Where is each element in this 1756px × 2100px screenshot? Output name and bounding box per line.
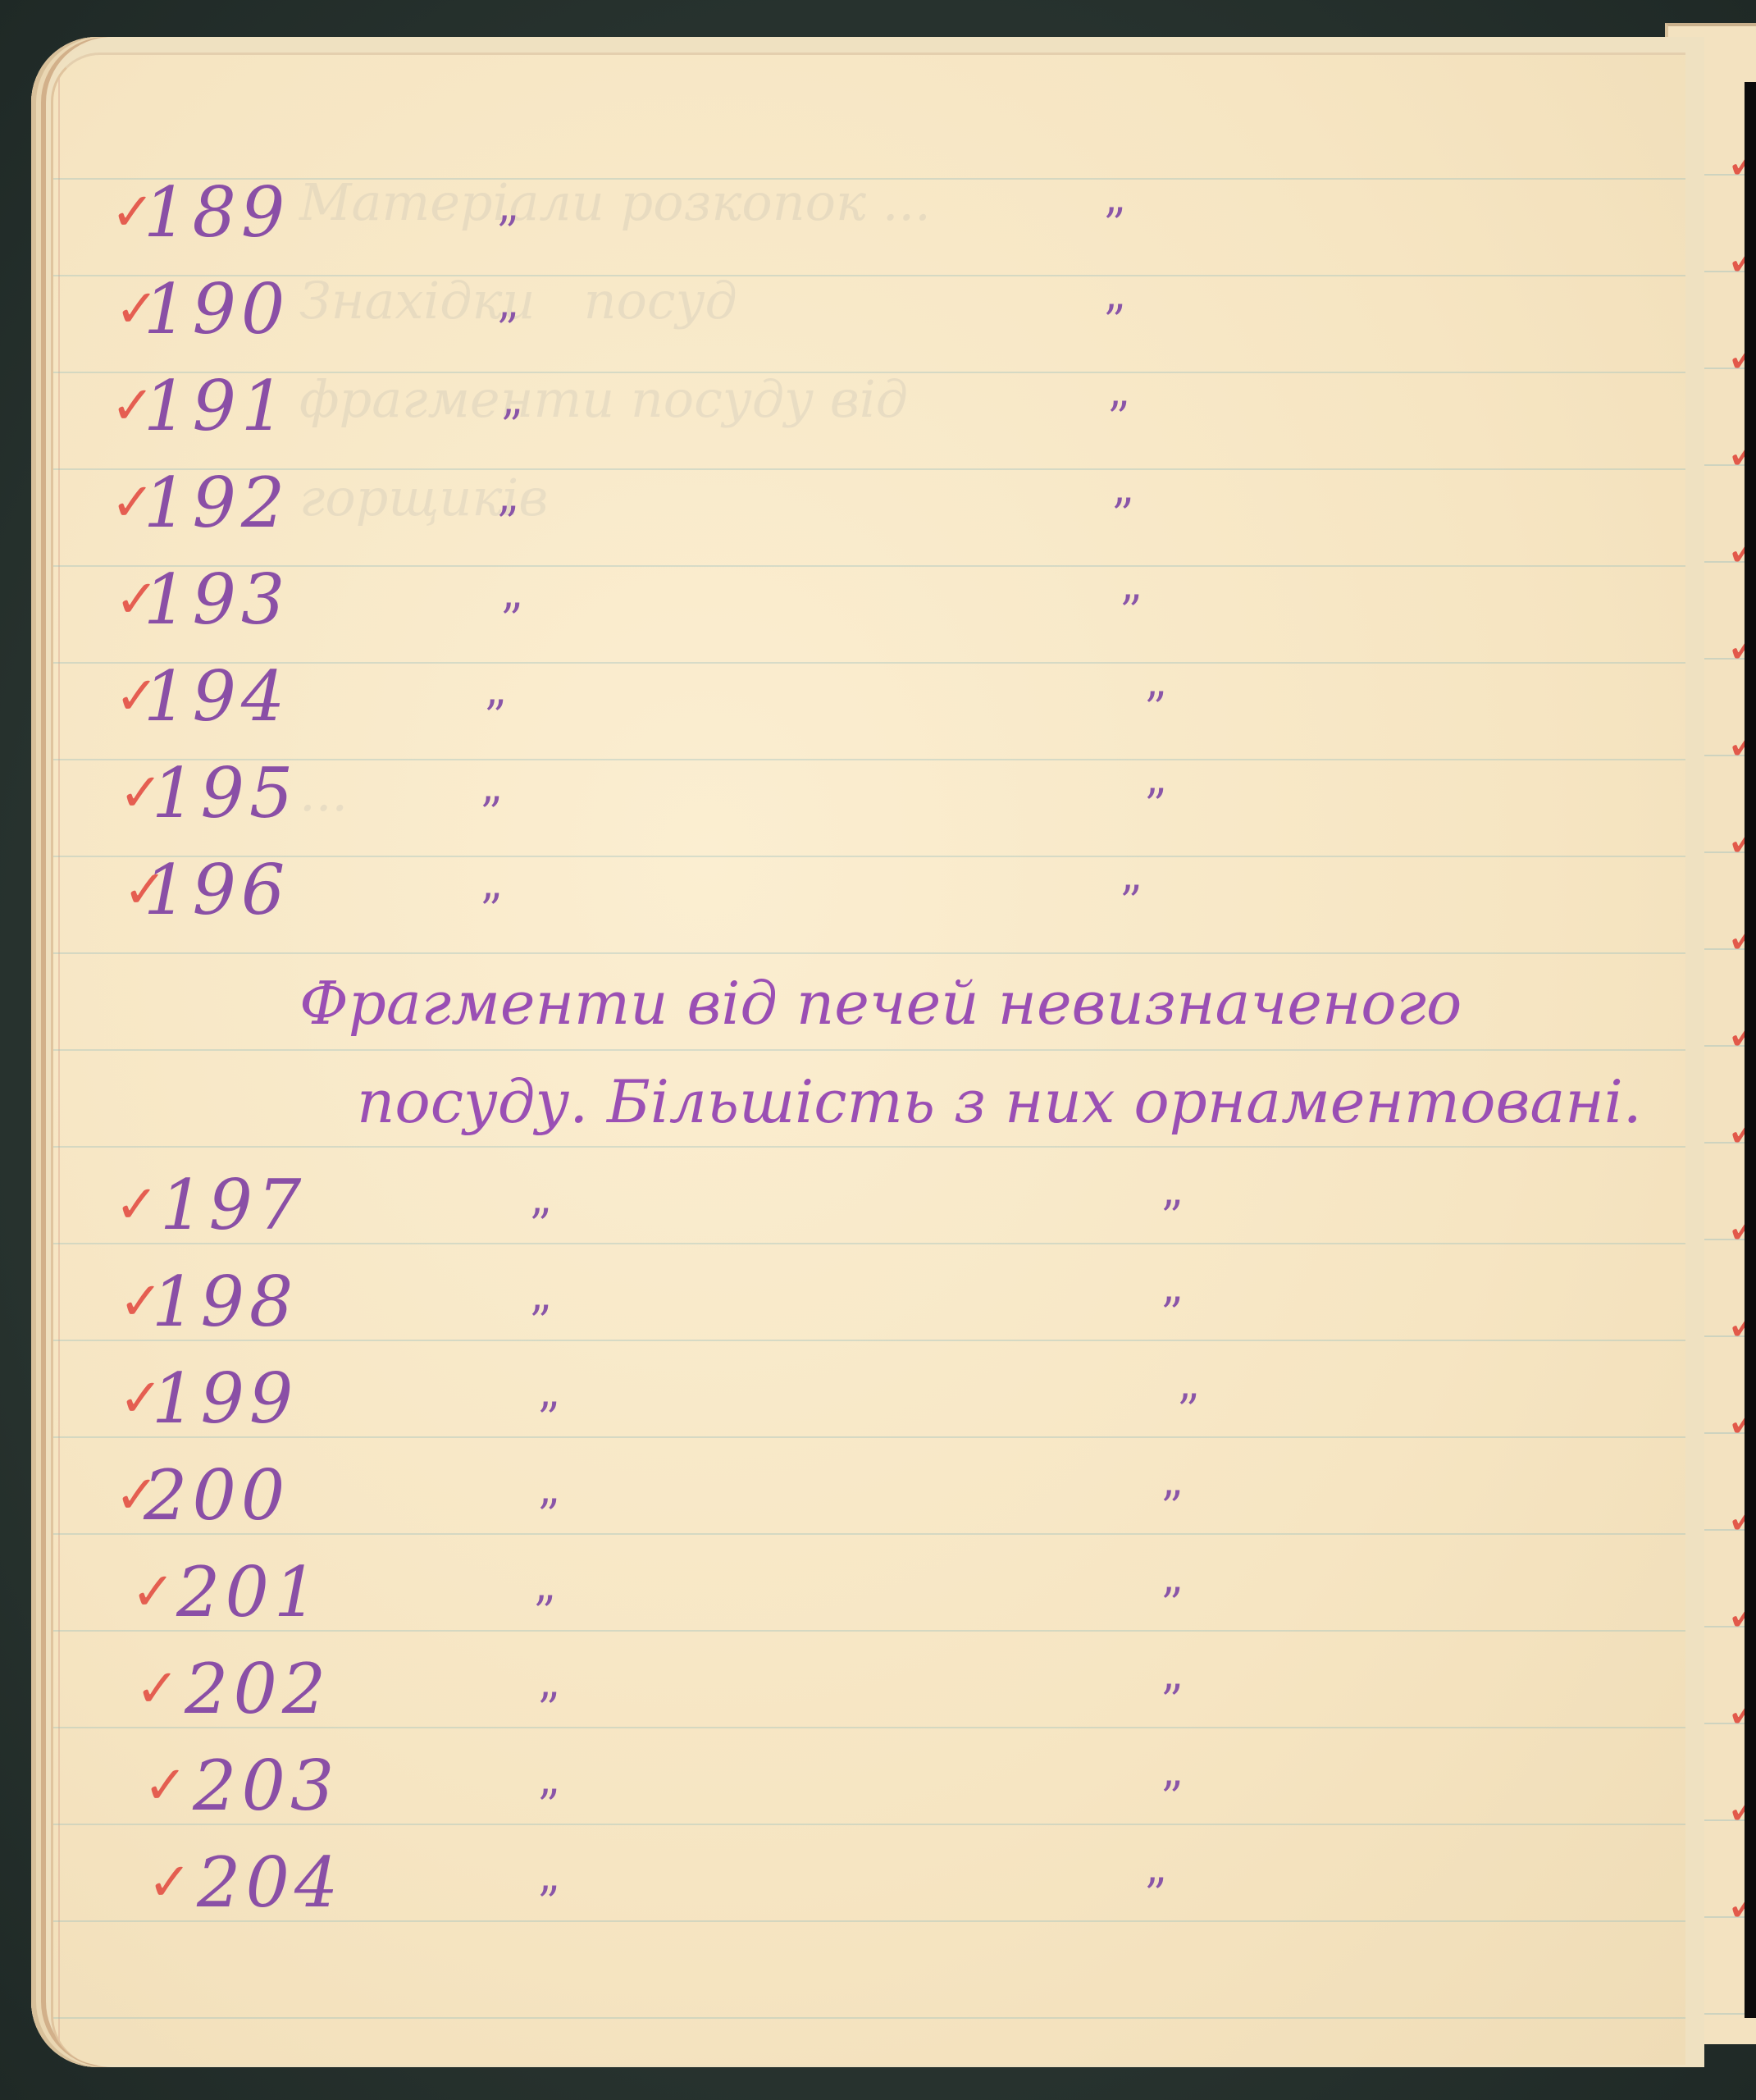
ditto-mark-right: ”: [1177, 1389, 1200, 1433]
entry-number: 189: [144, 178, 290, 247]
ditto-mark-left: ”: [529, 1203, 552, 1248]
inventory-entry: ✓204””: [53, 1848, 1685, 1938]
entry-number: 203: [193, 1751, 339, 1820]
inventory-entry: ✓202””: [53, 1655, 1685, 1745]
check-mark-icon: ✓: [148, 1856, 192, 1909]
scan-border: [1745, 82, 1756, 2018]
ditto-mark-right: ”: [1107, 396, 1130, 441]
ditto-mark-left: ”: [500, 598, 523, 642]
ditto-mark-right: ”: [1103, 203, 1126, 247]
entry-number: 196: [144, 856, 290, 924]
ditto-mark-left: ”: [496, 211, 519, 255]
ruled-line: [53, 565, 1685, 567]
ditto-mark-left: ”: [537, 1687, 560, 1732]
section-heading-line-1: Фрагменти від печей невизначеного: [299, 974, 1462, 1033]
inventory-entry: ✓199””: [53, 1364, 1685, 1454]
ditto-mark-left: ”: [480, 888, 503, 933]
section-heading-line-2: посуду. Більшість з них орнаментовані.: [357, 1072, 1642, 1131]
entry-number: 197: [160, 1171, 306, 1239]
ruled-line: [53, 1340, 1685, 1341]
ditto-mark-left: ”: [496, 308, 519, 352]
inventory-entry: ✓195””: [53, 759, 1685, 849]
ruled-line: [53, 1436, 1685, 1438]
ditto-mark-right: ”: [1161, 1582, 1184, 1627]
ruled-line: [53, 275, 1685, 276]
ditto-mark-right: ”: [1161, 1292, 1184, 1336]
entry-number: 198: [152, 1267, 298, 1336]
ruled-line: [53, 1243, 1685, 1244]
ruled-line: [53, 856, 1685, 857]
inventory-entry: ✓192””: [53, 468, 1685, 559]
ruled-line: [53, 372, 1685, 373]
ditto-mark-left: ”: [500, 404, 523, 449]
ditto-mark-right: ”: [1120, 880, 1143, 924]
ditto-mark-left: ”: [537, 1881, 560, 1925]
entry-number: 194: [144, 662, 290, 731]
ditto-mark-right: ”: [1144, 783, 1167, 828]
entry-number: 202: [185, 1655, 331, 1723]
inventory-entry: ✓201””: [53, 1558, 1685, 1648]
ditto-mark-right: ”: [1103, 299, 1126, 344]
ditto-mark-left: ”: [537, 1494, 560, 1538]
ditto-mark-right: ”: [1111, 493, 1134, 537]
inventory-entry: ✓196””: [53, 856, 1685, 946]
check-mark-icon: ✓: [144, 1760, 188, 1812]
ruled-line: [53, 1049, 1685, 1051]
ruled-line: [53, 1824, 1685, 1825]
inventory-entry: ✓197””: [53, 1171, 1685, 1261]
inventory-entry: ✓191””: [53, 372, 1685, 462]
ditto-mark-right: ”: [1120, 590, 1143, 634]
entry-number: 199: [152, 1364, 298, 1433]
ditto-mark-left: ”: [496, 501, 519, 546]
inventory-entry: ✓193””: [53, 565, 1685, 655]
entry-number: 190: [144, 275, 290, 344]
inventory-entry: ✓189””: [53, 178, 1685, 268]
ditto-mark-right: ”: [1161, 1679, 1184, 1723]
inventory-entry: ✓203””: [53, 1751, 1685, 1842]
ruled-line: [53, 759, 1685, 760]
ditto-mark-left: ”: [537, 1397, 560, 1441]
ditto-mark-left: ”: [529, 1300, 552, 1344]
notebook-page: Матеріали розкопок ... Знахідки посуд фр…: [51, 52, 1685, 2065]
ruled-line: [53, 2017, 1685, 2019]
inventory-entry: ✓200””: [53, 1461, 1685, 1551]
ditto-mark-right: ”: [1161, 1776, 1184, 1820]
entry-number: 191: [144, 372, 290, 441]
ruled-line: [53, 1920, 1685, 1922]
entry-number: 193: [144, 565, 290, 634]
ruled-line: [53, 662, 1685, 664]
ruled-line: [53, 468, 1685, 470]
check-mark-icon: ✓: [131, 1566, 176, 1618]
ditto-mark-right: ”: [1161, 1195, 1184, 1239]
ruled-line: [53, 952, 1685, 954]
ditto-mark-right: ”: [1144, 1873, 1167, 1917]
ditto-mark-right: ”: [1144, 687, 1167, 731]
ruled-line: [53, 178, 1685, 180]
ruled-line: [53, 1630, 1685, 1632]
entry-number: 201: [176, 1558, 322, 1627]
check-mark-icon: ✓: [115, 1179, 159, 1231]
entry-number: 204: [197, 1848, 343, 1917]
ditto-mark-right: ”: [1161, 1486, 1184, 1530]
ditto-mark-left: ”: [484, 695, 507, 739]
entry-number: 195: [152, 759, 298, 828]
ditto-mark-left: ”: [480, 792, 503, 836]
entry-number: 200: [144, 1461, 290, 1530]
inventory-entry: ✓190””: [53, 275, 1685, 365]
inventory-entry: ✓194””: [53, 662, 1685, 752]
check-mark-icon: ✓: [135, 1663, 180, 1715]
ruled-line: [53, 1146, 1685, 1148]
ditto-mark-left: ”: [537, 1784, 560, 1828]
ruled-line: [53, 1727, 1685, 1728]
ruled-line: [53, 1533, 1685, 1535]
entry-number: 192: [144, 468, 290, 537]
ditto-mark-left: ”: [533, 1591, 556, 1635]
inventory-entry: ✓198””: [53, 1267, 1685, 1358]
